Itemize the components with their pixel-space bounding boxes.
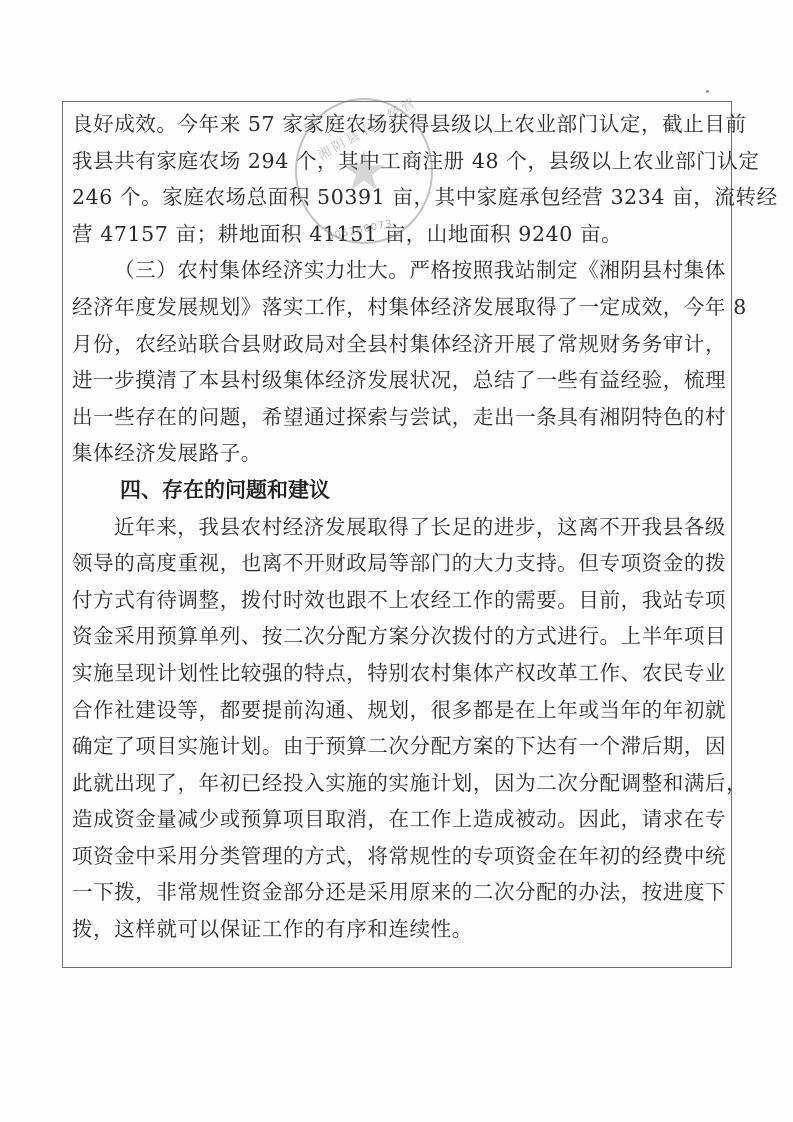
text-line: 造成资金量减少或预算项目取消，在工作上造成被动。因此，请求在专 <box>72 801 724 838</box>
text-line: 出一些存在的问题，希望通过探索与尝试，走出一条具有湘阴特色的村 <box>72 399 724 436</box>
document-page: 良好成效。今年来 57 家家庭农场获得县级以上农业部门认定，截止目前 我县共有家… <box>0 0 793 1122</box>
text-line: 营 47157 亩；耕地面积 41151 亩，山地面积 9240 亩。 <box>72 216 724 253</box>
text-line: 实施呈现计划性比较强的特点，特别农村集体产权改革工作、农民专业 <box>72 655 724 692</box>
document-body: 良好成效。今年来 57 家家庭农场获得县级以上农业部门认定，截止目前 我县共有家… <box>72 106 724 948</box>
text-line: 付方式有待调整，拨付时效也跟不上农经工作的需要。目前，我站专项 <box>72 582 724 619</box>
paragraph-problems: 近年来，我县农村经济发展取得了长足的进步，这离不开我县各级 领导的高度重视，也离… <box>72 509 724 948</box>
text-line: 246 个。家庭农场总面积 50391 亩，其中家庭承包经营 3234 亩，流转… <box>72 179 724 216</box>
section-heading: 四、存在的问题和建议 <box>72 472 724 509</box>
scan-speck <box>706 90 709 93</box>
text-line: 我县共有家庭农场 294 个，其中工商注册 48 个，县级以上农业部门认定 <box>72 143 724 180</box>
text-line: 近年来，我县农村经济发展取得了长足的进步，这离不开我县各级 <box>72 509 724 546</box>
text-line: 良好成效。今年来 57 家家庭农场获得县级以上农业部门认定，截止目前 <box>72 106 724 143</box>
text-line: 领导的高度重视，也离不开财政局等部门的大力支持。但专项资金的拨 <box>72 545 724 582</box>
paragraph-family-farms: 良好成效。今年来 57 家家庭农场获得县级以上农业部门认定，截止目前 我县共有家… <box>72 106 724 252</box>
text-line: 此就出现了，年初已经投入实施的实施计划，因为二次分配调整和满后， <box>72 765 724 802</box>
paragraph-collective-economy: （三）农村集体经济实力壮大。严格按照我站制定《湘阴县村集体 经济年度发展规划》落… <box>72 252 724 472</box>
text-line: 合作社建设等，都要提前沟通、规划，很多都是在上年或当年的年初就 <box>72 692 724 729</box>
text-line: 经济年度发展规划》落实工作，村集体经济发展取得了一定成效，今年 8 <box>72 289 724 326</box>
text-line: 月份，农经站联合县财政局对全县村集体经济开展了常规财务务审计， <box>72 326 724 363</box>
text-line: 项资金中采用分类管理的方式，将常规性的专项资金在年初的经费中统 <box>72 838 724 875</box>
text-line: 确定了项目实施计划。由于预算二次分配方案的下达有一个滞后期，因 <box>72 728 724 765</box>
text-line: 资金采用预算单列、按二次分配方案分次拨付的方式进行。上半年项目 <box>72 618 724 655</box>
text-line: （三）农村集体经济实力壮大。严格按照我站制定《湘阴县村集体 <box>72 252 724 289</box>
text-line: 一下拨，非常规性资金部分还是采用原来的二次分配的办法，按进度下 <box>72 874 724 911</box>
text-line: 进一步摸清了本县村级集体经济发展状况，总结了一些有益经验，梳理 <box>72 362 724 399</box>
text-line: 集体经济发展路子。 <box>72 435 724 472</box>
text-line: 拨，这样就可以保证工作的有序和连续性。 <box>72 911 724 948</box>
